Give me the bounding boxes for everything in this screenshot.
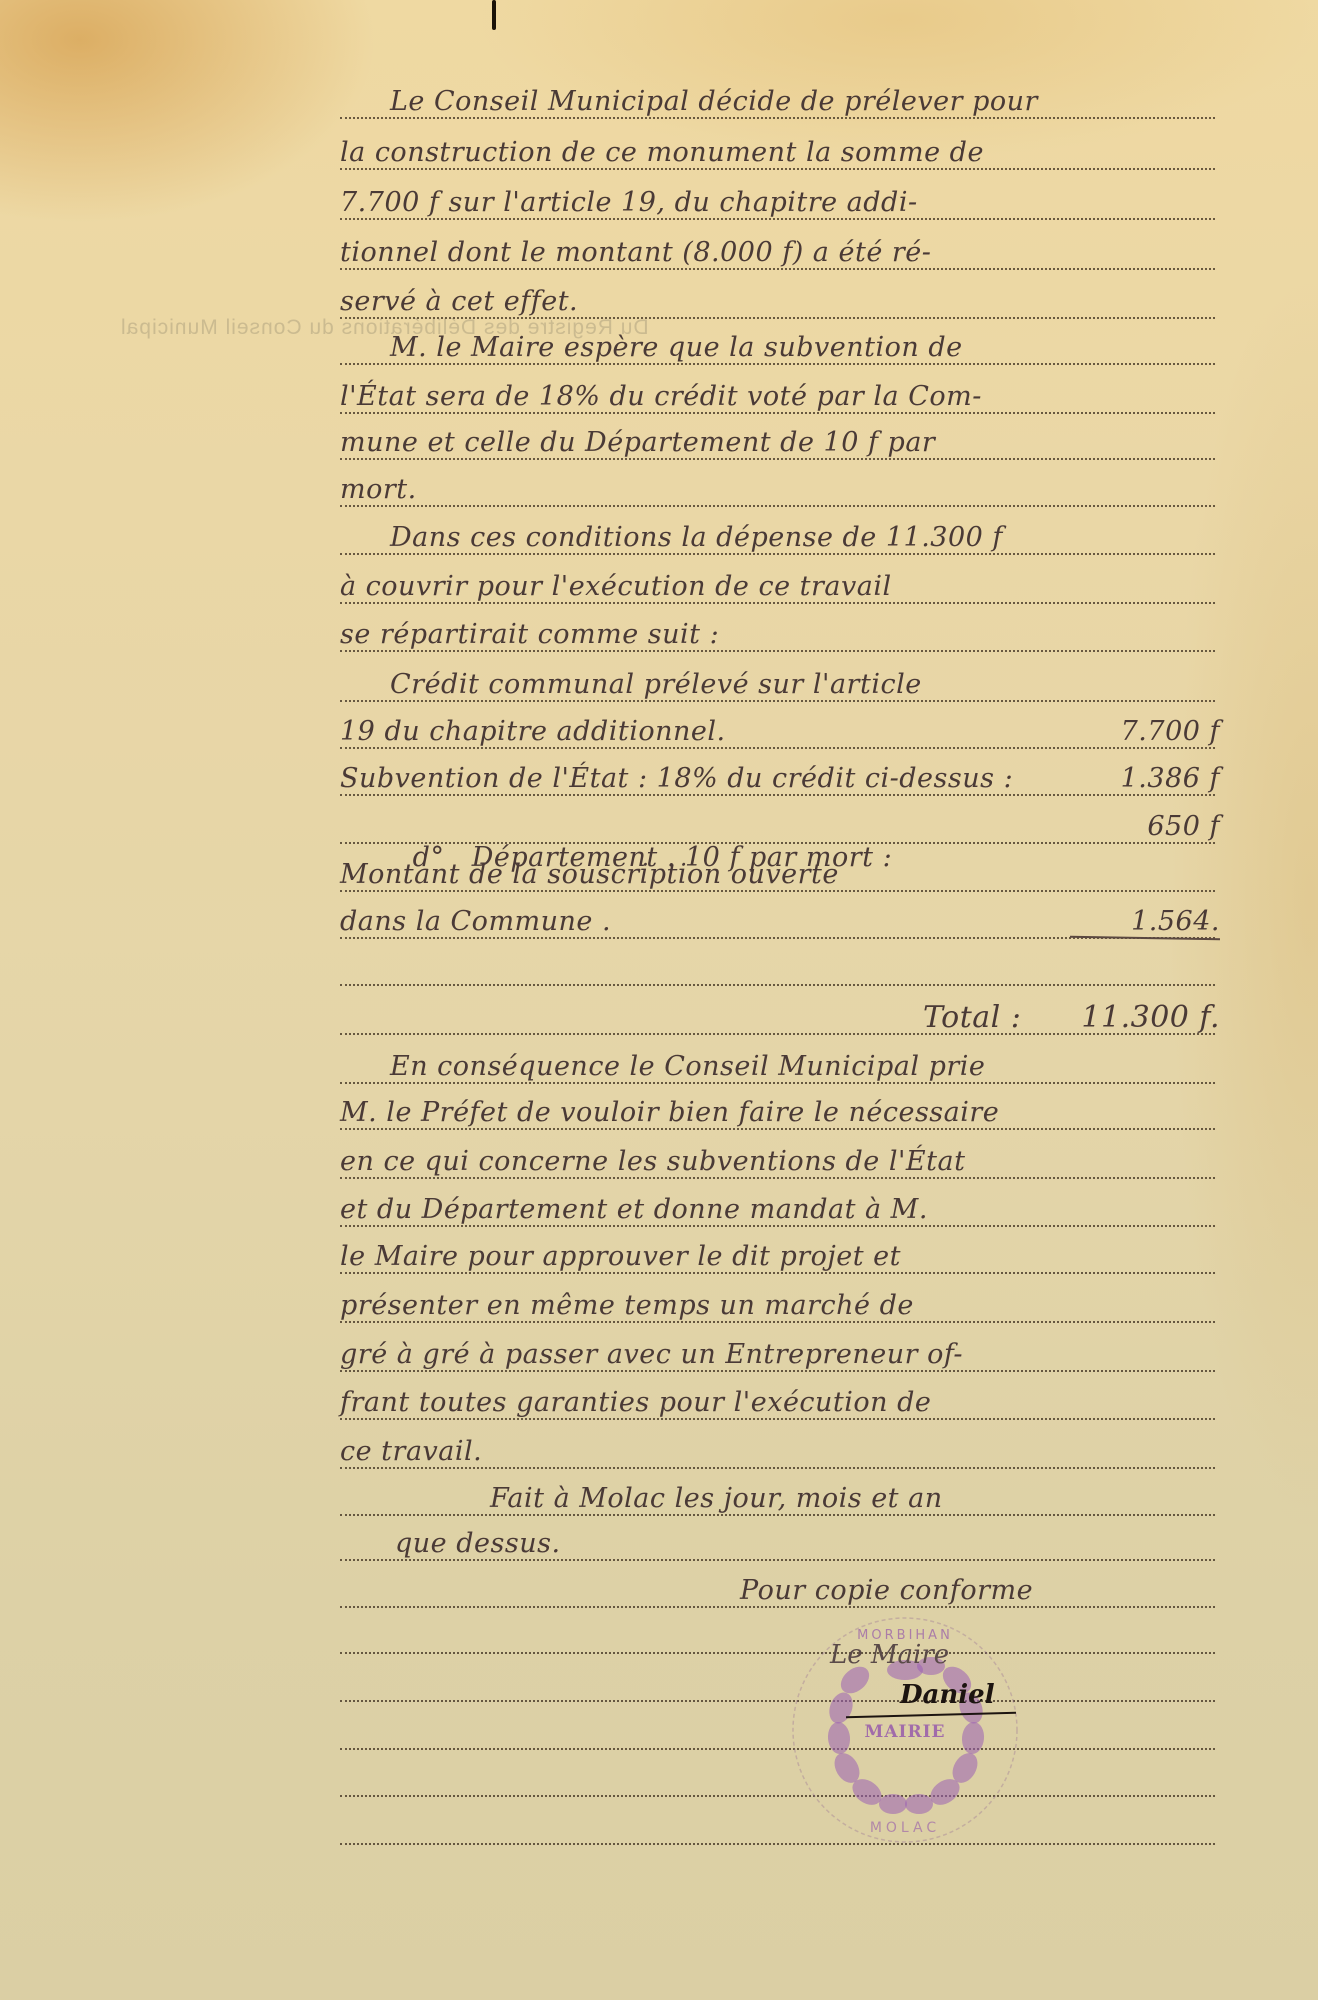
closing-certified-copy: Pour copie conforme bbox=[340, 1575, 1318, 1606]
text-line: et du Département et donne mandat à M. bbox=[340, 1194, 1220, 1225]
rule-line bbox=[340, 1370, 1215, 1372]
rule-line bbox=[340, 1321, 1215, 1323]
rule-line bbox=[340, 1082, 1215, 1084]
rule-line bbox=[340, 1652, 1215, 1654]
total-label: Total : bbox=[923, 1000, 1021, 1035]
text-line: M. le Préfet de vouloir bien faire le né… bbox=[340, 1097, 1220, 1128]
rule-line bbox=[340, 1467, 1215, 1469]
text-line: que dessus. bbox=[340, 1528, 1275, 1559]
rule-line bbox=[340, 794, 1215, 796]
rule-line bbox=[340, 1225, 1215, 1227]
text-line: servé à cet effet. bbox=[340, 286, 1220, 317]
text-line: l'État sera de 18% du crédit voté par la… bbox=[340, 381, 1220, 412]
paper-crease-mark bbox=[492, 0, 496, 30]
rule-line bbox=[340, 700, 1215, 702]
rule-line bbox=[340, 412, 1215, 414]
signatory-title: Le Maire bbox=[830, 1640, 949, 1670]
text-line: Dans ces conditions la dépense de 11.300… bbox=[340, 522, 1270, 553]
breakdown-row: 19 du chapitre additionnel. 7.700 f bbox=[340, 716, 1220, 747]
text-line: gré à gré à passer avec un Entrepreneur … bbox=[340, 1339, 1220, 1370]
text-line: En conséquence le Conseil Municipal prie bbox=[340, 1051, 1270, 1082]
breakdown-label: 19 du chapitre additionnel. bbox=[340, 716, 726, 747]
document-page: Du Registre des Délibérations du Conseil… bbox=[0, 0, 1318, 2000]
rule-line bbox=[340, 1177, 1215, 1179]
text-line: se répartirait comme suit : bbox=[340, 619, 1220, 650]
rule-line bbox=[340, 268, 1215, 270]
breakdown-row: Montant de la souscription ouverte bbox=[340, 859, 1220, 890]
rule-line bbox=[340, 1795, 1215, 1797]
rule-line bbox=[340, 553, 1215, 555]
breakdown-row: dans la Commune . 1.564. bbox=[340, 906, 1220, 937]
total-row: Total : 11.300 f. bbox=[340, 1000, 1240, 1035]
text-line: à couvrir pour l'exécution de ce travail bbox=[340, 571, 1220, 602]
rule-line bbox=[340, 363, 1215, 365]
rule-line bbox=[340, 747, 1215, 749]
text-line: Fait à Molac les jour, mois et an bbox=[340, 1483, 1318, 1514]
rule-line bbox=[340, 650, 1215, 652]
text-line: présenter en même temps un marché de bbox=[340, 1290, 1220, 1321]
rule-line bbox=[340, 984, 1215, 986]
rule-line bbox=[340, 168, 1215, 170]
rule-line bbox=[340, 1418, 1215, 1420]
breakdown-amount: 1.386 f bbox=[1121, 763, 1220, 794]
rule-line bbox=[340, 1128, 1215, 1130]
text-line: M. le Maire espère que la subvention de bbox=[340, 332, 1270, 363]
text-line: frant toutes garanties pour l'exécution … bbox=[340, 1387, 1220, 1418]
total-value: 11.300 f. bbox=[1081, 1000, 1220, 1035]
breakdown-row: Crédit communal prélevé sur l'article bbox=[340, 669, 1270, 700]
stamp-bottom-text: MOLAC bbox=[785, 1820, 1025, 1836]
rule-line bbox=[340, 1514, 1215, 1516]
rule-line bbox=[340, 602, 1215, 604]
breakdown-label: Montant de la souscription ouverte bbox=[340, 859, 839, 890]
text-line: le Maire pour approuver le dit projet et bbox=[340, 1241, 1220, 1272]
rule-line bbox=[340, 1559, 1215, 1561]
breakdown-amount: 650 f bbox=[1147, 811, 1220, 842]
text-line: ce travail. bbox=[340, 1436, 1220, 1467]
rule-line bbox=[340, 458, 1215, 460]
rule-line bbox=[340, 1748, 1215, 1750]
mayor-signature: Daniel bbox=[900, 1680, 995, 1710]
rule-line bbox=[340, 1272, 1215, 1274]
rule-line bbox=[340, 505, 1215, 507]
text-line: mort. bbox=[340, 474, 1220, 505]
breakdown-amount: 7.700 f bbox=[1121, 716, 1220, 747]
breakdown-amount: 1.564. bbox=[1131, 906, 1220, 937]
stamp-center-text: MAIRIE bbox=[785, 1722, 1025, 1742]
breakdown-row: Subvention de l'État : 18% du crédit ci-… bbox=[340, 763, 1220, 794]
breakdown-label: Crédit communal prélevé sur l'article bbox=[390, 669, 922, 700]
text-line: Le Conseil Municipal décide de prélever … bbox=[340, 86, 1270, 117]
breakdown-label: Subvention de l'État : 18% du crédit ci-… bbox=[340, 763, 1013, 794]
rule-line bbox=[340, 317, 1215, 319]
text-line: tionnel dont le montant (8.000 f) a été … bbox=[340, 237, 1220, 268]
breakdown-label: dans la Commune . bbox=[340, 906, 611, 937]
rule-line bbox=[340, 1606, 1215, 1608]
text-line: 7.700 f sur l'article 19, du chapitre ad… bbox=[340, 187, 1220, 218]
rule-line bbox=[340, 218, 1215, 220]
text-line: la construction de ce monument la somme … bbox=[340, 137, 1220, 168]
rule-line bbox=[340, 1843, 1215, 1845]
rule-line bbox=[340, 117, 1215, 119]
text-line: en ce qui concerne les subventions de l'… bbox=[340, 1146, 1220, 1177]
text-line: mune et celle du Département de 10 f par bbox=[340, 427, 1220, 458]
rule-line bbox=[340, 1700, 1215, 1702]
